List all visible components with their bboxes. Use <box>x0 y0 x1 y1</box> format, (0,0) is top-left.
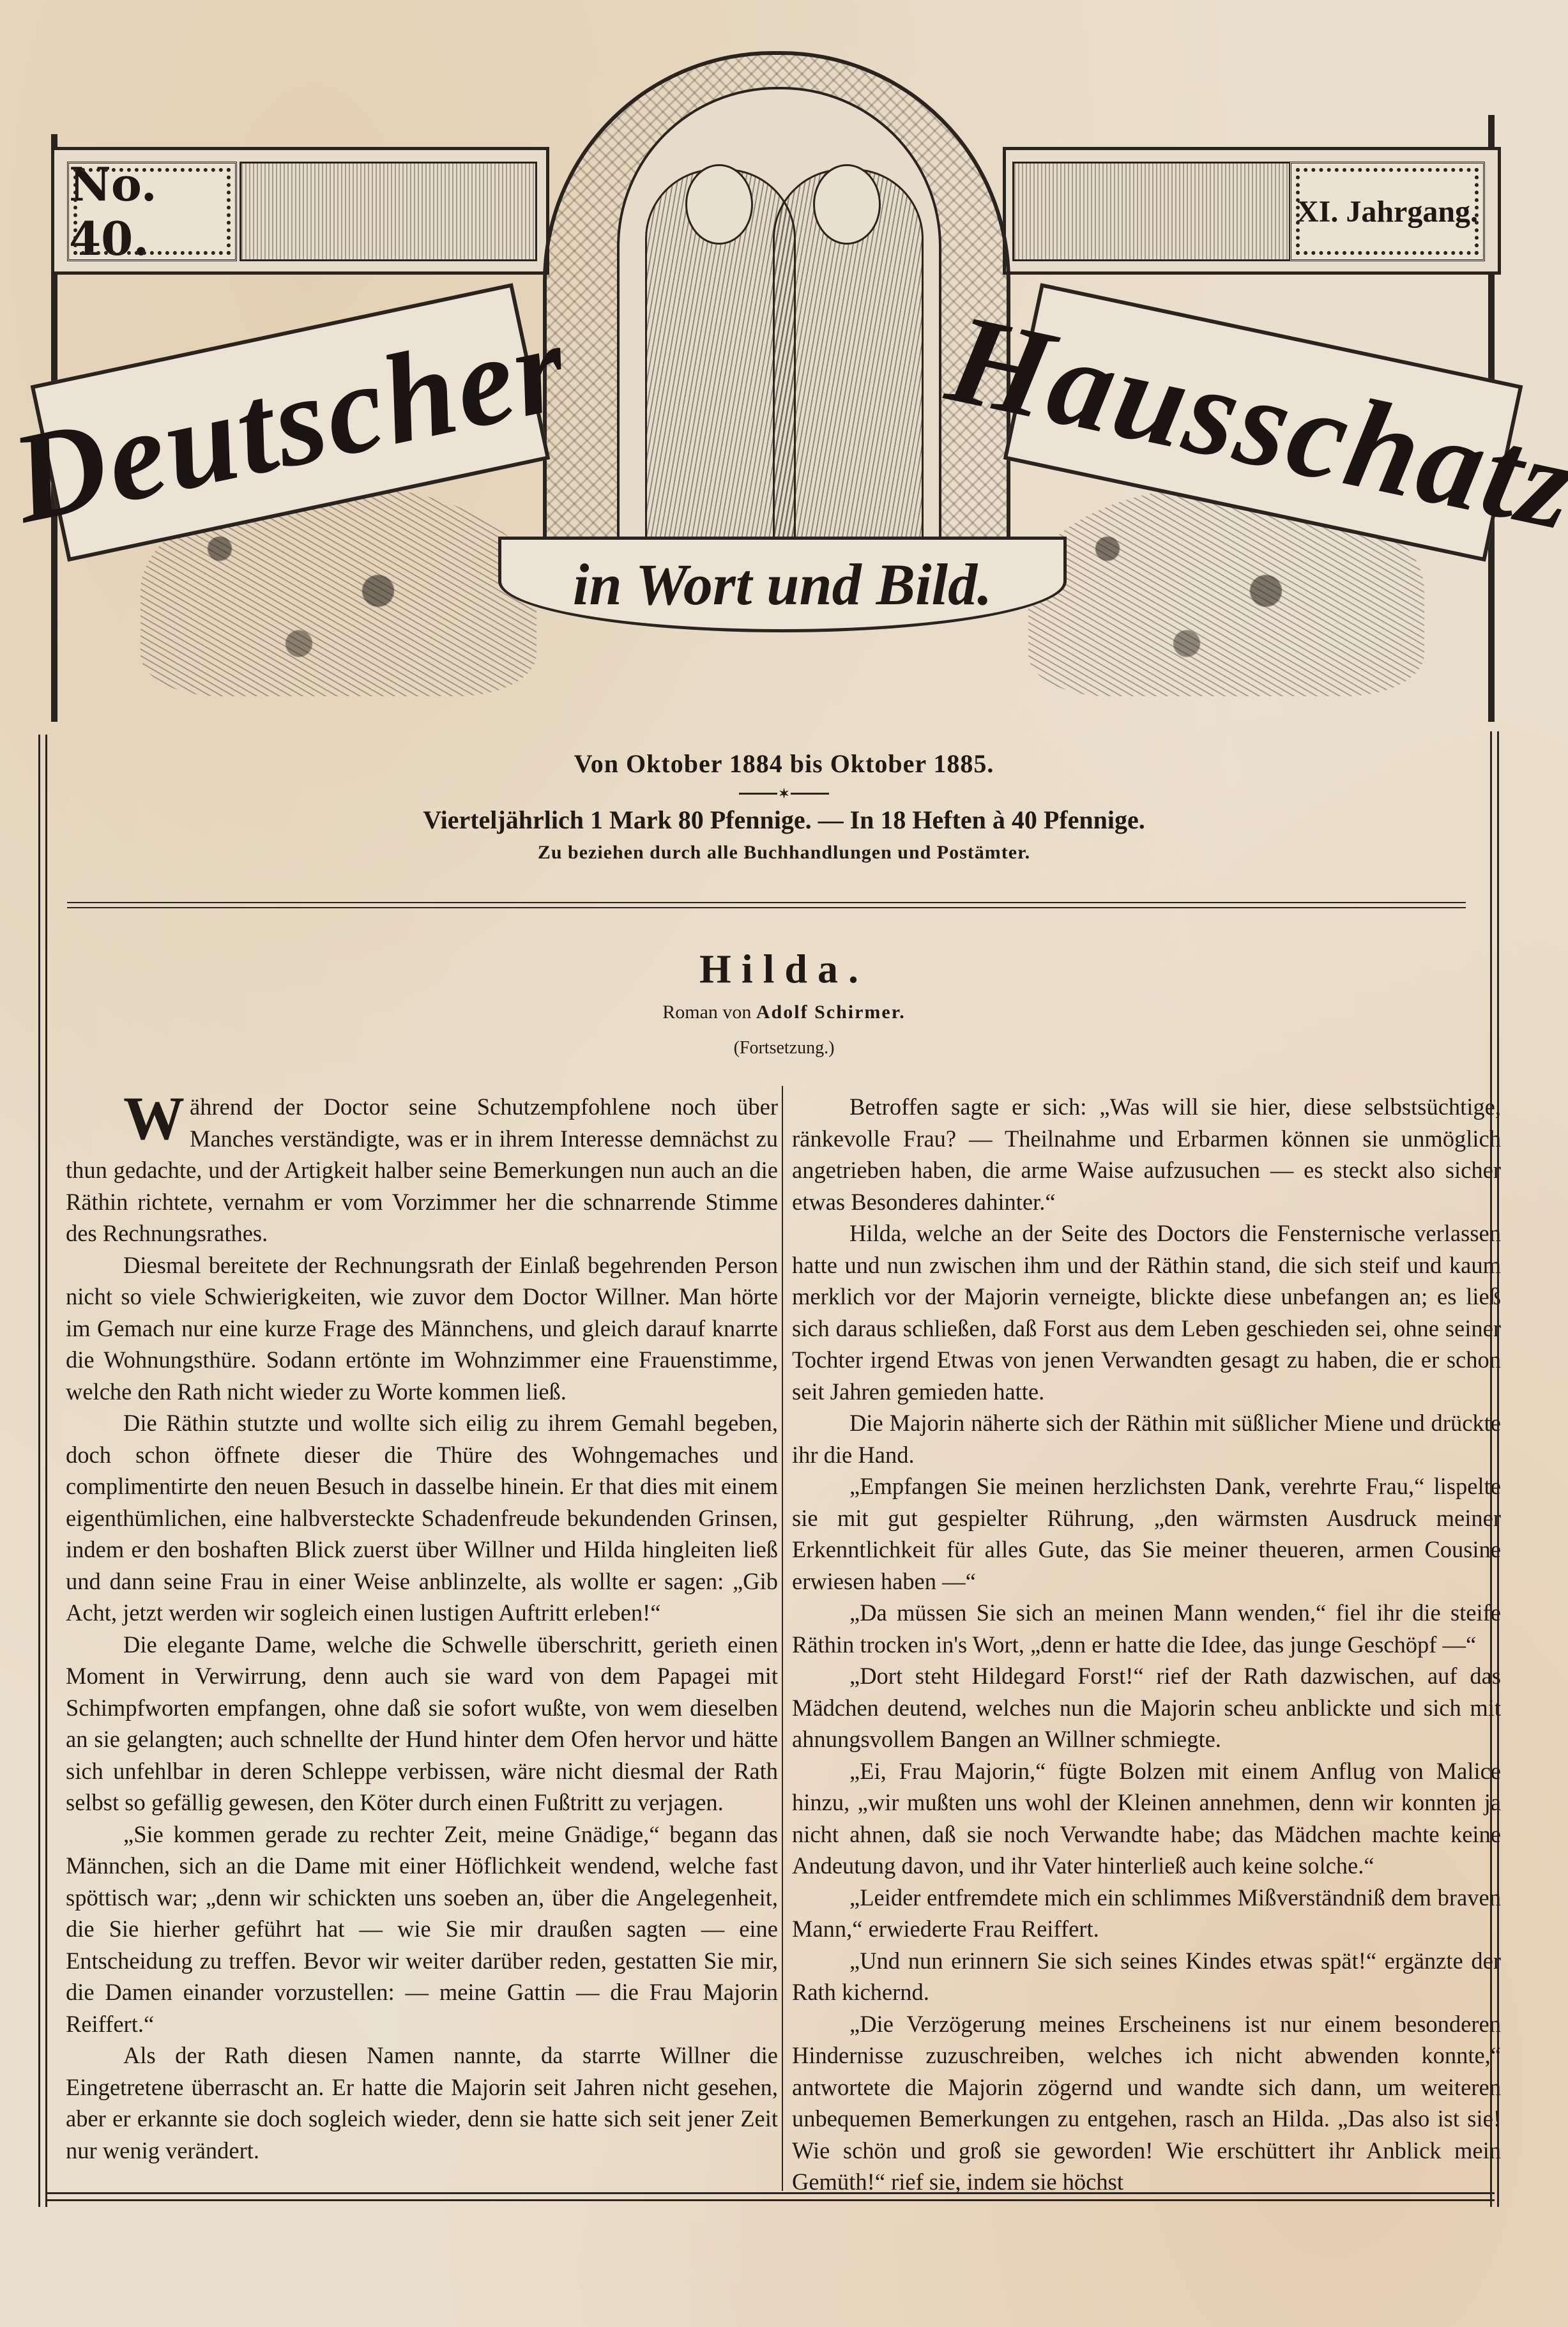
allegorical-figure-painting <box>773 169 924 581</box>
masthead-frame-right: XI. Jahrgang. <box>1003 147 1501 275</box>
drop-cap: W <box>123 1094 185 1143</box>
floral-ornament-panel <box>1012 162 1291 261</box>
byline-prefix: Roman von <box>662 1002 751 1023</box>
masthead-frame-left: No. 40. <box>51 147 549 275</box>
volume-label: XI. Jahrgang. <box>1290 162 1485 261</box>
paragraph: „Leider entfremdete mich ein schlimmes M… <box>792 1882 1501 1945</box>
masthead: No. 40. XI. Jahrgang. Deutscher Hausscha… <box>38 38 1526 715</box>
floral-ornament-panel <box>240 162 537 261</box>
paragraph: „Empfangen Sie meinen herzlichsten Dank,… <box>792 1470 1501 1597</box>
subscription-price: Vierteljährlich 1 Mark 80 Pfennige. — In… <box>0 805 1568 835</box>
star-icon: ✶ <box>779 786 789 801</box>
gothic-arch-illustration <box>543 51 1010 579</box>
paragraph: Die elegante Dame, welche die Schwelle ü… <box>66 1629 778 1819</box>
paragraph: Betroffen sagte er sich: „Was will sie h… <box>792 1091 1501 1217</box>
paragraph: Als der Rath diesen Namen nannte, da sta… <box>66 2040 778 2166</box>
article-title: Hilda. <box>0 945 1568 993</box>
paragraph: „Dort steht Hildegard Forst!“ rief der R… <box>792 1660 1501 1755</box>
figure-head <box>685 164 753 245</box>
paragraph: Während der Doctor seine Schutzempfohlen… <box>66 1091 778 1249</box>
subtitle-banner: in Wort und Bild. <box>498 537 1067 632</box>
double-rule-divider <box>67 902 1466 908</box>
article-byline: Roman von Adolf Schirmer. <box>0 1002 1568 1023</box>
paragraph: Hilda, welche an der Seite des Doctors d… <box>792 1217 1501 1407</box>
paragraph: Die Majorin näherte sich der Räthin mit … <box>792 1407 1501 1470</box>
paragraph: „Ei, Frau Majorin,“ fügte Bolzen mit ein… <box>792 1755 1501 1882</box>
paragraph: „Die Verzögerung meines Erscheinens ist … <box>792 2008 1501 2198</box>
paragraph: Diesmal bereitete der Rechnungsrath der … <box>66 1249 778 1408</box>
paragraph: „Sie kommen gerade zu rechter Zeit, mein… <box>66 1819 778 2040</box>
issue-number: No. 40. <box>67 162 237 261</box>
star-divider: ✶ <box>0 786 1568 801</box>
arch-niche <box>617 87 941 581</box>
publication-period: Von Oktober 1884 bis Oktober 1885. <box>0 749 1568 779</box>
column-divider <box>782 1086 783 2191</box>
continuation-note: (Fortsetzung.) <box>0 1038 1568 1058</box>
paragraph: „Da müssen Sie sich an meinen Mann wende… <box>792 1597 1501 1660</box>
text-column-right: Betroffen sagte er sich: „Was will sie h… <box>792 1091 1501 2198</box>
paragraph: Die Räthin stutzte und wollte sich eilig… <box>66 1407 778 1629</box>
distribution-note: Zu beziehen durch alle Buchhandlungen un… <box>0 842 1568 864</box>
author-name: Adolf Schirmer. <box>756 1002 906 1023</box>
text-column-left: Während der Doctor seine Schutzempfohlen… <box>66 1091 778 2166</box>
paragraph: „Und nun erinnern Sie sich seines Kindes… <box>792 1945 1501 2008</box>
figure-head <box>813 164 881 245</box>
